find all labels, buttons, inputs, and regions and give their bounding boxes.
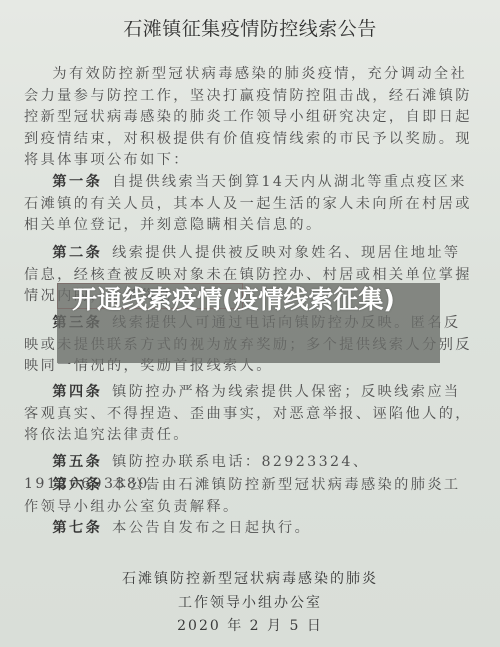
caption-text: 开通线索疫情(疫情线索征集) <box>72 285 432 315</box>
document-title: 石滩镇征集疫情防控线索公告 <box>0 14 500 41</box>
intro-paragraph: 为有效防控新型冠状病毒感染的肺炎疫情，充分调动全社会力量参与防控工作，坚决打赢疫… <box>24 64 472 172</box>
article-7: 第七条本公告自发布之日起执行。 <box>24 518 472 540</box>
article-label: 第四条 <box>52 384 102 400</box>
intro-text: 为有效防控新型冠状病毒感染的肺炎疫情，充分调动全社会力量参与防控工作，坚决打赢疫… <box>24 64 472 172</box>
article-label: 第一条 <box>52 174 102 190</box>
article-6: 第六条本公告由石滩镇防控新型冠状病毒感染的肺炎工作领导小组办公室负责解释。 <box>24 475 472 518</box>
article-1: 第一条自提供线索当天倒算14天内从湖北等重点疫区来石滩镇的有关人员，其本人及一起… <box>24 172 472 237</box>
article-4: 第四条镇防控办严格为线索提供人保密；反映线索应当客观真实、不得捏造、歪曲事实，对… <box>24 382 472 447</box>
article-label: 第六条 <box>52 477 102 493</box>
signature-date: 2020 年 2 月 5 日 <box>0 615 500 635</box>
article-label: 第七条 <box>52 520 102 536</box>
article-label: 第五条 <box>52 454 102 470</box>
signature-org-line1: 石滩镇防控新型冠状病毒感染的肺炎 <box>0 568 500 588</box>
signature-org-line2: 工作领导小组办公室 <box>0 592 500 612</box>
article-text: 本公告自发布之日起执行。 <box>112 520 311 536</box>
article-label: 第二条 <box>52 245 102 261</box>
